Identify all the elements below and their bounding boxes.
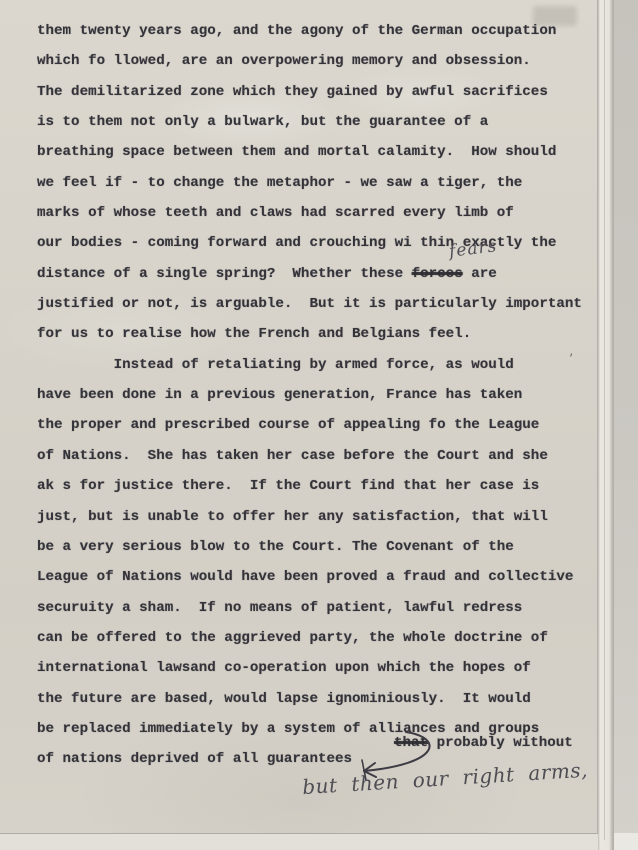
typed-line: can be offered to the aggrieved party, t…	[37, 623, 597, 653]
typed-line: League of Nations would have been proved…	[37, 562, 597, 592]
typescript-page: them twenty years ago, and the agony of …	[0, 0, 598, 834]
line-pre-text: distance of a single spring? Whether the…	[37, 266, 412, 282]
document-photo: them twenty years ago, and the agony of …	[0, 0, 638, 850]
background-below-page	[0, 833, 598, 850]
typed-line: international lawsand co-operation upon …	[37, 653, 597, 683]
typed-line: breathing space between them and mortal …	[37, 137, 597, 167]
struck-word-forces: forces	[412, 266, 463, 282]
typed-text-block: them twenty years ago, and the agony of …	[37, 16, 597, 775]
typed-line-with-strikeout: distance of a single spring? Whether the…	[37, 259, 597, 289]
typed-line: for us to realise how the French and Bel…	[37, 319, 597, 349]
margin-pen-tick: ’	[569, 352, 573, 367]
typed-line: Instead of retaliating by armed force, a…	[37, 350, 597, 380]
typed-line: just, but is unable to offer her any sat…	[37, 502, 597, 532]
typed-line: the proper and prescribed course of appe…	[37, 410, 597, 440]
typed-line: ak s for justice there. If the Court fin…	[37, 471, 597, 501]
typed-line: we feel if - to change the metaphor - we…	[37, 168, 597, 198]
typed-line: marks of whose teeth and claws had scarr…	[37, 198, 597, 228]
background-right-of-page	[614, 0, 638, 850]
background-bottom-right-corner	[614, 833, 638, 850]
typed-line: securuity a sham. If no means of patient…	[37, 593, 597, 623]
typed-line: the future are based, would lapse ignomi…	[37, 684, 597, 714]
typed-line: of Nations. She has taken her case befor…	[37, 441, 597, 471]
line-post-text: are	[463, 266, 497, 282]
typed-line: The demilitarized zone which they gained…	[37, 77, 597, 107]
typed-line: our bodies - coming forward and crouchin…	[37, 228, 597, 258]
page-edge-highlight	[597, 0, 614, 850]
typed-line: justified or not, is arguable. But it is…	[37, 289, 597, 319]
line-main-text: of nations deprived of all guarantees	[37, 751, 352, 767]
page-edge-crease-line	[604, 0, 605, 840]
typed-line: have been done in a previous generation,…	[37, 380, 597, 410]
typed-line: be a very serious blow to the Court. The…	[37, 532, 597, 562]
typed-line: is to them not only a bulwark, but the g…	[37, 107, 597, 137]
typed-line: them twenty years ago, and the agony of …	[37, 16, 597, 46]
typed-line: which fo llowed, are an overpowering mem…	[37, 46, 597, 76]
